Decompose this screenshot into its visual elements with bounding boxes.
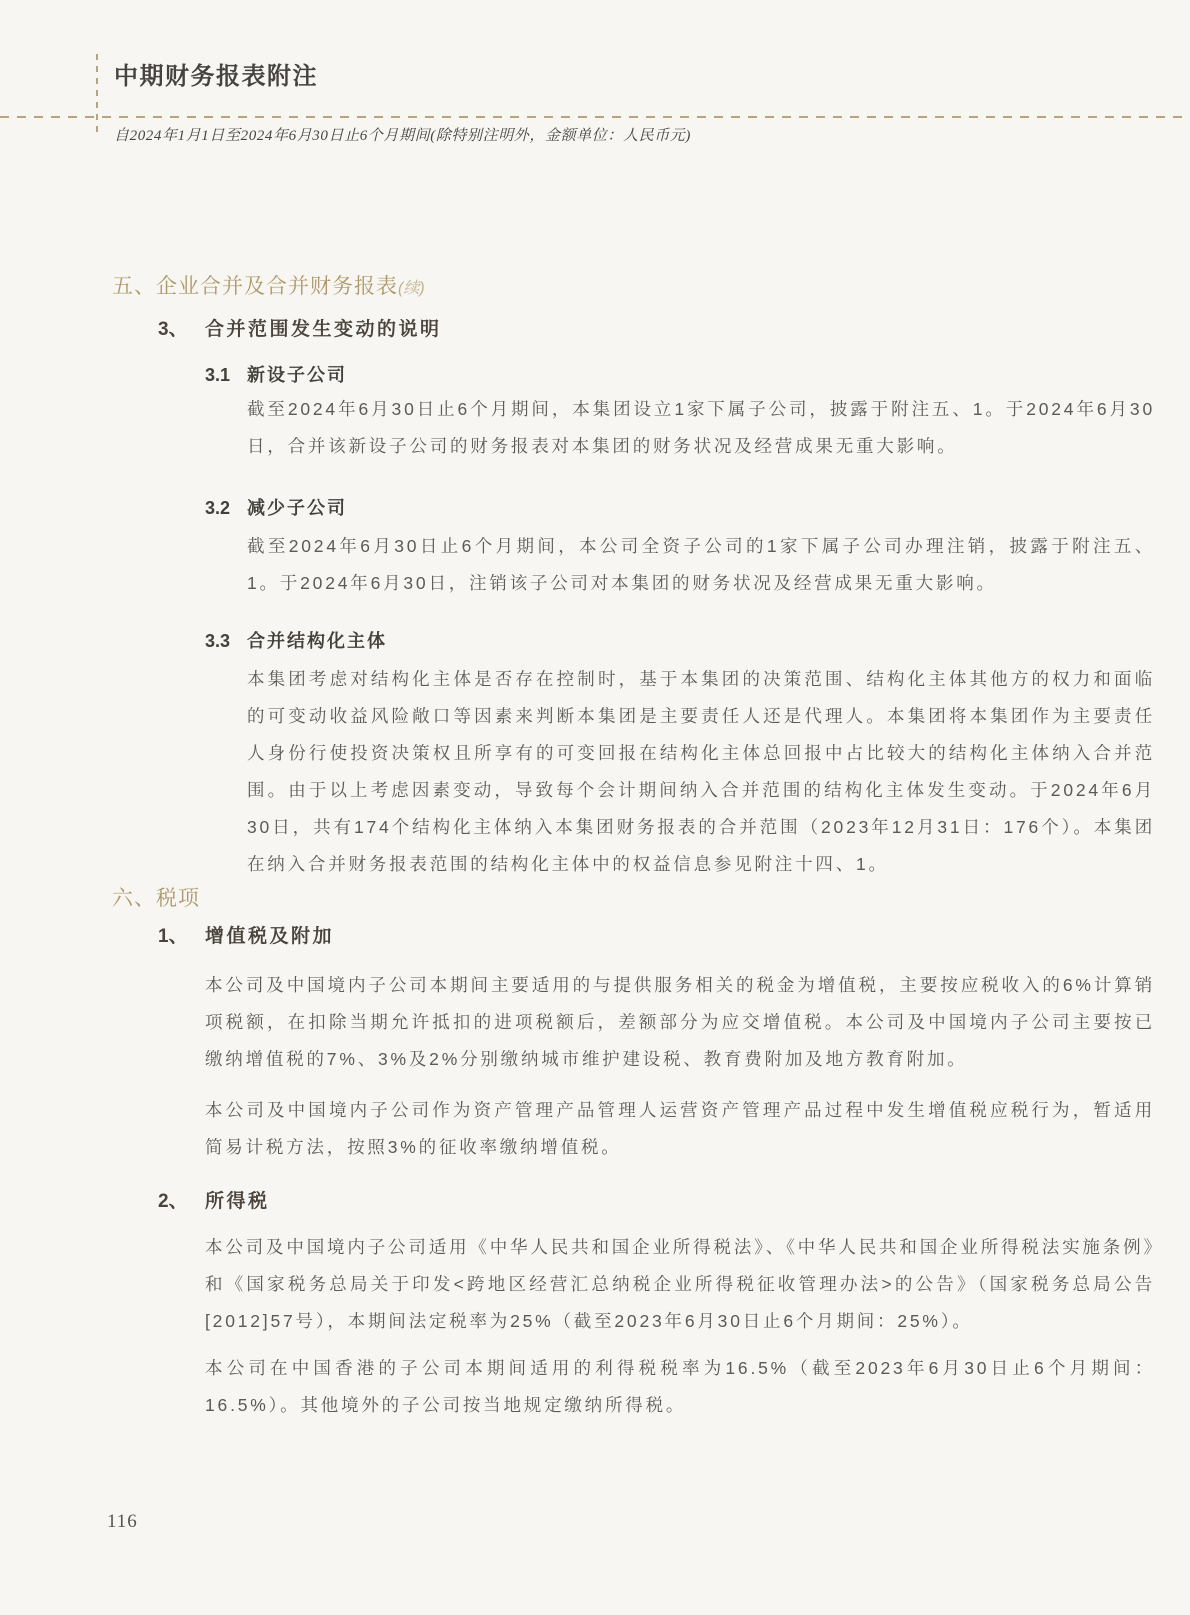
section-six-heading-text: 六、税项 xyxy=(112,887,200,910)
subsection-1-title: 增值税及附加 xyxy=(205,921,334,948)
item-3-2-heading: 3.2 减少子公司 xyxy=(205,494,347,520)
subsection-3-heading: 3、 合并范围发生变动的说明 xyxy=(158,314,442,341)
document-title: 中期财务报表附注 xyxy=(114,56,318,91)
page-number: 116 xyxy=(107,1511,138,1533)
subsection-3-number: 3、 xyxy=(158,314,205,341)
item-3-3-paragraph: 本集团考虑对结构化主体是否存在控制时，基于本集团的决策范围、结构化主体其他方的权… xyxy=(247,661,1155,883)
subsection-2-number: 2、 xyxy=(158,1186,205,1213)
vat-paragraph-1: 本公司及中国境内子公司本期间主要适用的与提供服务相关的税金为增值税，主要按应税收… xyxy=(205,967,1155,1078)
income-tax-paragraph-1: 本公司及中国境内子公司适用《中华人民共和国企业所得税法》、《中华人民共和国企业所… xyxy=(205,1229,1155,1340)
subsection-2-title: 所得税 xyxy=(205,1186,270,1213)
subsection-2-heading: 2、 所得税 xyxy=(158,1186,270,1213)
section-five-heading-text: 五、企业合并及合并财务报表 xyxy=(112,275,398,298)
subsection-3-title: 合并范围发生变动的说明 xyxy=(205,314,442,341)
income-tax-paragraph-2: 本公司在中国香港的子公司本期间适用的利得税税率为16.5%（截至2023年6月3… xyxy=(205,1350,1155,1424)
vat-paragraph-2: 本公司及中国境内子公司作为资产管理产品管理人运营资产管理产品过程中发生增值税应税… xyxy=(205,1092,1155,1166)
item-3-1-title: 新设子公司 xyxy=(247,361,347,387)
item-3-2-title: 减少子公司 xyxy=(247,494,347,520)
item-3-2-paragraph: 截至2024年6月30日止6个月期间，本公司全资子公司的1家下属子公司办理注销，… xyxy=(247,528,1155,602)
section-five-heading: 五、企业合并及合并财务报表(续) xyxy=(112,270,425,300)
header-vertical-dashed-rule xyxy=(96,54,98,138)
item-3-3-title: 合并结构化主体 xyxy=(247,627,387,653)
report-page: 中期财务报表附注 自2024年1月1日至2024年6月30日止6个月期间(除特别… xyxy=(0,0,1190,1615)
header-horizontal-dashed-rule xyxy=(0,116,1190,118)
subsection-1-heading: 1、 增值税及附加 xyxy=(158,921,334,948)
document-subtitle: 自2024年1月1日至2024年6月30日止6个月期间(除特别注明外，金额单位：… xyxy=(114,124,691,145)
item-3-3-heading: 3.3 合并结构化主体 xyxy=(205,627,387,653)
item-3-1-heading: 3.1 新设子公司 xyxy=(205,361,347,387)
item-3-1-paragraph: 截至2024年6月30日止6个月期间，本集团设立1家下属子公司，披露于附注五、1… xyxy=(247,391,1155,465)
section-five-heading-suffix: (续) xyxy=(398,280,425,297)
section-six-heading: 六、税项 xyxy=(112,882,200,912)
item-3-1-number: 3.1 xyxy=(205,365,247,386)
subsection-1-number: 1、 xyxy=(158,921,205,948)
item-3-2-number: 3.2 xyxy=(205,498,247,519)
item-3-3-number: 3.3 xyxy=(205,631,247,652)
